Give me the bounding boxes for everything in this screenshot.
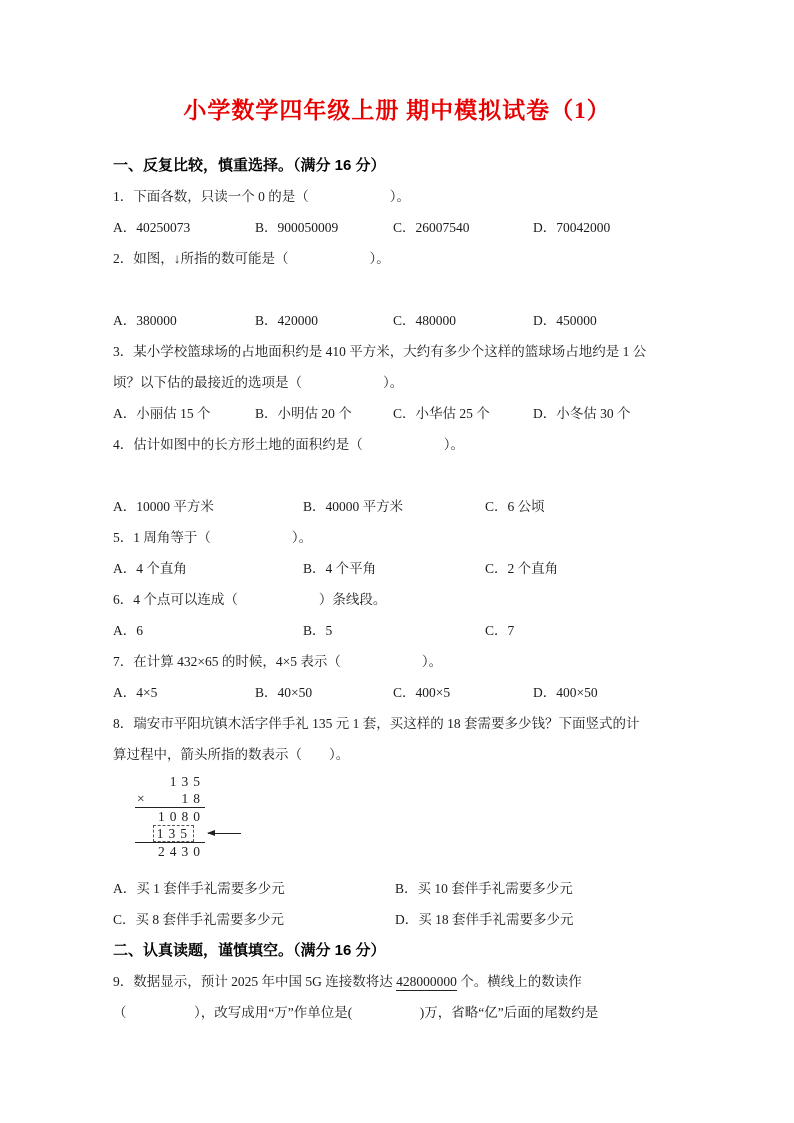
page-title: 小学数学四年级上册 期中模拟试卷（1） bbox=[0, 96, 794, 126]
q8-option-a: A．买 1 套伴手礼需要多少元 bbox=[113, 873, 395, 904]
q1-option-d: D．70042000 bbox=[533, 212, 734, 243]
product: 2430 bbox=[135, 843, 210, 860]
q5-option-c: C．2 个直角 bbox=[485, 553, 734, 584]
section-1-heading: 一、反复比较，慎重选择。（满分 16 分） bbox=[113, 150, 734, 181]
exam-content: 一、反复比较，慎重选择。（满分 16 分） 1．下面各数，只读一个 0 的是（ … bbox=[0, 150, 794, 1028]
question-8-text-line2: 算过程中，箭头所指的数表示（ ）。 bbox=[113, 739, 734, 770]
question-2-options: A．380000 B．420000 C．480000 D．450000 bbox=[113, 305, 734, 336]
q8-option-b: B．买 10 套伴手礼需要多少元 bbox=[395, 873, 734, 904]
question-7-text: 7．在计算 432×65 的时候，4×5 表示（ ）。 bbox=[113, 646, 734, 677]
q9-line1-pre: 9．数据显示，预计 2025 年中国 5G 连接数将达 bbox=[113, 974, 396, 989]
q1-option-a: A．40250073 bbox=[113, 212, 255, 243]
q9-underlined-number: 428000000 bbox=[396, 974, 457, 991]
question-3-text-line1: 3．某小学校篮球场的占地面积约是 410 平方米，大约有多少个这样的篮球场占地约… bbox=[113, 336, 734, 367]
q5-option-a: A．4 个直角 bbox=[113, 553, 303, 584]
exam-paper-page: 小学数学四年级上册 期中模拟试卷（1） 一、反复比较，慎重选择。（满分 16 分… bbox=[0, 0, 794, 1123]
multiplier-row: × 18 bbox=[135, 790, 205, 807]
question-1-options: A．40250073 B．900050009 C．26007540 D．7004… bbox=[113, 212, 734, 243]
multiplier: 18 bbox=[182, 790, 211, 807]
question-6-text: 6．4 个点可以连成（ ）条线段。 bbox=[113, 584, 734, 615]
q8-option-c: C．买 8 套伴手礼需要多少元 bbox=[113, 904, 395, 935]
q3-option-b: B．小明估 20 个 bbox=[255, 398, 393, 429]
question-9-text-line2: （ ），改写成用“万”作单位是( )万，省略“亿”后面的尾数约是 bbox=[113, 997, 734, 1028]
q2-option-a: A．380000 bbox=[113, 305, 255, 336]
q3-option-d: D．小冬估 30 个 bbox=[533, 398, 734, 429]
left-arrow-icon bbox=[208, 833, 241, 834]
q3-option-a: A．小丽估 15 个 bbox=[113, 398, 255, 429]
times-sign: × bbox=[135, 790, 145, 807]
question-1-text: 1．下面各数，只读一个 0 的是（ ）。 bbox=[113, 181, 734, 212]
vertical-multiplication: 135 × 18 1080 135 2430 bbox=[135, 773, 205, 860]
q2-option-d: D．450000 bbox=[533, 305, 734, 336]
question-5-options: A．4 个直角 B．4 个平角 C．2 个直角 bbox=[113, 553, 734, 584]
q5-option-b: B．4 个平角 bbox=[303, 553, 485, 584]
partial-product-1: 1080 bbox=[135, 808, 210, 825]
q4-option-b: B．40000 平方米 bbox=[303, 491, 485, 522]
question-4-options: A．10000 平方米 B．40000 平方米 C．6 公顷 bbox=[113, 491, 734, 522]
question-8-options-row1: A．买 1 套伴手礼需要多少元 B．买 10 套伴手礼需要多少元 bbox=[113, 873, 734, 904]
question-8-text-line1: 8．瑞安市平阳坑镇木活字伴手礼 135 元 1 套，买这样的 18 套需要多少钱… bbox=[113, 708, 734, 739]
q7-option-c: C．400×5 bbox=[393, 677, 533, 708]
question-3-text-line2: 顷？以下估的最接近的选项是（ ）。 bbox=[113, 367, 734, 398]
question-2-text: 2．如图，↓所指的数可能是（ ）。 bbox=[113, 243, 734, 274]
q7-option-a: A．4×5 bbox=[113, 677, 255, 708]
q6-option-b: B．5 bbox=[303, 615, 485, 646]
dashed-box-value: 135 bbox=[153, 825, 194, 842]
q8-option-d: D．买 18 套伴手礼需要多少元 bbox=[395, 904, 734, 935]
question-3-options: A．小丽估 15 个 B．小明估 20 个 C．小华估 25 个 D．小冬估 3… bbox=[113, 398, 734, 429]
question-7-options: A．4×5 B．40×50 C．400×5 D．400×50 bbox=[113, 677, 734, 708]
question-8-options-row2: C．买 8 套伴手礼需要多少元 D．买 18 套伴手礼需要多少元 bbox=[113, 904, 734, 935]
q1-option-c: C．26007540 bbox=[393, 212, 533, 243]
question-4-image-placeholder bbox=[113, 460, 734, 491]
q1-option-b: B．900050009 bbox=[255, 212, 393, 243]
q6-option-a: A．6 bbox=[113, 615, 303, 646]
q6-option-c: C．7 bbox=[485, 615, 734, 646]
q4-option-a: A．10000 平方米 bbox=[113, 491, 303, 522]
question-4-text: 4．估计如图中的长方形土地的面积约是（ ）。 bbox=[113, 429, 734, 460]
question-5-text: 5．1 周角等于（ ）。 bbox=[113, 522, 734, 553]
multiplicand: 135 bbox=[135, 773, 210, 790]
section-2-heading: 二、认真读题，谨慎填空。（满分 16 分） bbox=[113, 935, 734, 966]
question-6-options: A．6 B．5 C．7 bbox=[113, 615, 734, 646]
q4-option-c: C．6 公顷 bbox=[485, 491, 734, 522]
partial-product-2-row: 135 bbox=[135, 825, 205, 842]
q2-option-b: B．420000 bbox=[255, 305, 393, 336]
q9-line1-post: 个。横线上的数读作 bbox=[457, 974, 582, 989]
q2-option-c: C．480000 bbox=[393, 305, 533, 336]
q7-option-d: D．400×50 bbox=[533, 677, 734, 708]
question-9-text-line1: 9．数据显示，预计 2025 年中国 5G 连接数将达 428000000 个。… bbox=[113, 966, 734, 997]
question-2-image-placeholder bbox=[113, 274, 734, 305]
q3-option-c: C．小华估 25 个 bbox=[393, 398, 533, 429]
q7-option-b: B．40×50 bbox=[255, 677, 393, 708]
